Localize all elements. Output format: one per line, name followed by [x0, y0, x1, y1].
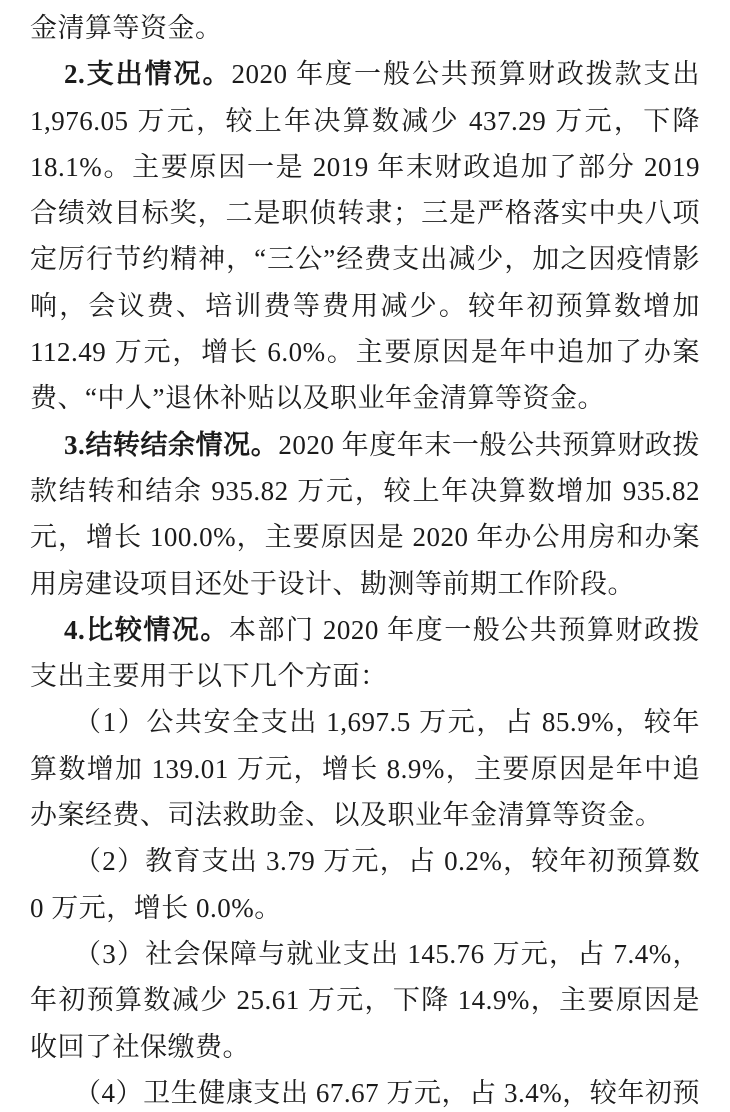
paragraph-line-with-heading: 2.支出情况。2020 年度一般公共预算财政拨款支出	[30, 51, 700, 97]
paragraph-line: 收回了社保缴费。	[30, 1024, 700, 1070]
paragraph-line: 0 万元，增长 0.0%。	[30, 885, 700, 931]
paragraph-line: 1,976.05 万元，较上年决算数减少 437.29 万元，下降	[30, 98, 700, 144]
paragraph-line-with-heading: 3.结转结余情况。2020 年度年末一般公共预算财政拨	[30, 422, 700, 468]
fiscal-report-text: 金清算等资金。2.支出情况。2020 年度一般公共预算财政拨款支出1,976.0…	[30, 5, 700, 1112]
section-heading: 3.结转结余情况。	[64, 430, 278, 460]
paragraph-line: 响，会议费、培训费等费用减少。较年初预算数增加	[30, 283, 700, 329]
paragraph-line: （2）教育支出 3.79 万元，占 0.2%，较年初预算数增加	[30, 838, 700, 884]
paragraph-line: （3）社会保障与就业支出 145.76 万元，占 7.4%，较	[30, 931, 700, 977]
paragraph-line: 112.49 万元，增长 6.0%。主要原因是年中追加了办案经	[30, 329, 700, 375]
paragraph-line: 金清算等资金。	[30, 5, 700, 51]
paragraph-line-with-heading: 4.比较情况。本部门 2020 年度一般公共预算财政拨款	[30, 607, 700, 653]
paragraph-line: 费、“中人”退休补贴以及职业年金清算等资金。	[30, 375, 700, 421]
paragraph-line: 年初预算数减少 25.61 万元，下降 14.9%，主要原因是清算	[30, 977, 700, 1023]
section-heading: 2.支出情况。	[64, 59, 231, 89]
paragraph-line: （1）公共安全支出 1,697.5 万元，占 85.9%，较年初预	[30, 699, 700, 745]
document-page: 金清算等资金。2.支出情况。2020 年度一般公共预算财政拨款支出1,976.0…	[0, 0, 730, 1112]
paragraph-line: 算数增加 139.01 万元，增长 8.9%，主要原因是年中追加了	[30, 746, 700, 792]
paragraph-line: 合绩效目标奖，二是职侦转隶；三是严格落实中央八项规	[30, 190, 700, 236]
paragraph-line: 定厉行节约精神，“三公”经费支出减少，加之因疫情影	[30, 236, 700, 282]
section-heading: 4.比较情况。	[64, 615, 229, 645]
paragraph-line: 用房建设项目还处于设计、勘测等前期工作阶段。	[30, 561, 700, 607]
paragraph-line: （4）卫生健康支出 67.67 万元，占 3.4%，较年初预算	[30, 1070, 700, 1112]
paragraph-line: 支出主要用于以下几个方面：	[30, 653, 700, 699]
paragraph-line: 办案经费、司法救助金、以及职业年金清算等资金。	[30, 792, 700, 838]
paragraph-line: 元，增长 100.0%，主要原因是 2020 年办公用房和办案业务	[30, 514, 700, 560]
paragraph-line: 款结转和结余 935.82 万元，较上年决算数增加 935.82 万	[30, 468, 700, 514]
paragraph-line: 18.1%。主要原因一是 2019 年末财政追加了部分 2019 年综	[30, 144, 700, 190]
